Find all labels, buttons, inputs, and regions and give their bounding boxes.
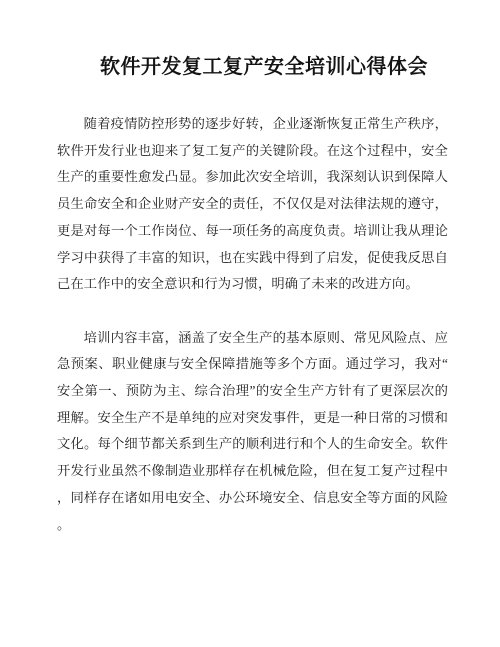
text-line: 更是对每一个工作岗位、每一项任务的高度负责。培训让我从理论: [57, 218, 448, 245]
paragraph-2: 培训内容丰富，涵盖了安全生产的基本原则、常见风险点、应 急预案、职业健康与安全保…: [57, 325, 448, 539]
text-line: 学习中获得了丰富的知识，也在实践中得到了启发，促使我反思自: [57, 245, 448, 272]
document-body: 随着疫情防控形势的逐步好转，企业逐渐恢复正常生产秩序， 软件开发行业也迎来了复工…: [57, 111, 448, 538]
text-line: 随着疫情防控形势的逐步好转，企业逐渐恢复正常生产秩序，: [57, 111, 448, 138]
document-page: 软件开发复工复产安全培训心得体会 随着疫情防控形势的逐步好转，企业逐渐恢复正常生…: [0, 0, 500, 647]
text-line: 急预案、职业健康与安全保障措施等多个方面。通过学习，我对“: [57, 351, 448, 378]
paragraph-1: 随着疫情防控形势的逐步好转，企业逐渐恢复正常生产秩序， 软件开发行业也迎来了复工…: [57, 111, 448, 298]
text-line: 文化。每个细节都关系到生产的顺利进行和个人的生命安全。软件: [57, 431, 448, 458]
text-line: 安全第一、预防为主、综合治理”的安全生产方针有了更深层次的: [57, 378, 448, 405]
text-line: ，同样存在诸如用电安全、办公环境安全、信息安全等方面的风险: [57, 485, 448, 512]
text-line: 软件开发行业也迎来了复工复产的关键阶段。在这个过程中，安全: [57, 138, 448, 165]
text-line: 理解。安全生产不是单纯的应对突发事件，更是一种日常的习惯和: [57, 405, 448, 432]
text-line: 己在工作中的安全意识和行为习惯，明确了未来的改进方向。: [57, 271, 448, 298]
text-line: 开发行业虽然不像制造业那样存在机械危险，但在复工复产过程中: [57, 458, 448, 485]
paragraph-spacer: [57, 298, 448, 325]
text-line: 员生命安全和企业财产安全的责任，不仅仅是对法律法规的遵守，: [57, 191, 448, 218]
document-title: 软件开发复工复产安全培训心得体会: [0, 53, 500, 81]
text-line: 生产的重要性愈发凸显。参加此次安全培训，我深刻认识到保障人: [57, 164, 448, 191]
text-line: 。: [57, 512, 448, 539]
text-line: 培训内容丰富，涵盖了安全生产的基本原则、常见风险点、应: [57, 325, 448, 352]
